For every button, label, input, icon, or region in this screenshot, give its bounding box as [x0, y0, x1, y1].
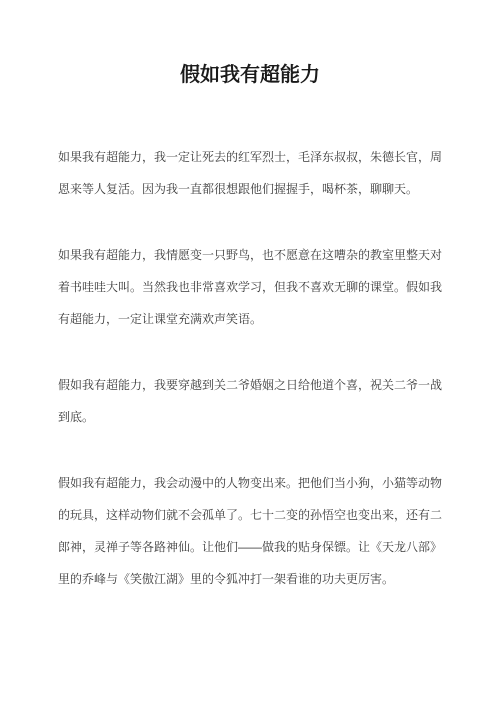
document-title: 假如我有超能力: [0, 61, 500, 89]
text-line: 的玩具，这样动物们就不会孤单了。七十二变的孙悟空也变出来，还有二: [58, 499, 442, 531]
text-line: 恩来等人复活。因为我一直都很想跟他们握握手，喝杯茶，聊聊天。: [58, 173, 442, 205]
paragraph-4: 假如我有超能力，我会动漫中的人物变出来。把他们当小狗，小猫等动物 的玩具，这样动…: [58, 467, 442, 595]
text-line: 如果我有超能力，我情愿变一只野鸟，也不愿意在这嘈杂的教室里整天对: [58, 239, 442, 271]
text-line: 着书哇哇大叫。当然我也非常喜欢学习，但我不喜欢无聊的课堂。假如我: [58, 271, 442, 303]
text-line: 假如我有超能力，我会动漫中的人物变出来。把他们当小狗，小猫等动物: [58, 467, 442, 499]
paragraph-1: 如果我有超能力，我一定让死去的红军烈士，毛泽东叔叔，朱德长官，周 恩来等人复活。…: [58, 141, 442, 205]
text-line: 郎神，灵禅子等各路神仙。让他们——做我的贴身保镖。让《天龙八部》: [58, 531, 442, 563]
document-body: 如果我有超能力，我一定让死去的红军烈士，毛泽东叔叔，朱德长官，周 恩来等人复活。…: [58, 141, 442, 595]
text-line: 到底。: [58, 401, 442, 433]
paragraph-2: 如果我有超能力，我情愿变一只野鸟，也不愿意在这嘈杂的教室里整天对 着书哇哇大叫。…: [58, 239, 442, 335]
paragraph-3: 假如我有超能力，我要穿越到关二爷婚姻之日给他道个喜，祝关二爷一战 到底。: [58, 369, 442, 433]
text-line: 假如我有超能力，我要穿越到关二爷婚姻之日给他道个喜，祝关二爷一战: [58, 369, 442, 401]
text-line: 有超能力，一定让课堂充满欢声笑语。: [58, 303, 442, 335]
document-page: 假如我有超能力 如果我有超能力，我一定让死去的红军烈士，毛泽东叔叔，朱德长官，周…: [0, 0, 500, 707]
text-line: 如果我有超能力，我一定让死去的红军烈士，毛泽东叔叔，朱德长官，周: [58, 141, 442, 173]
text-line: 里的乔峰与《笑傲江湖》里的令狐冲打一架看谁的功夫更厉害。: [58, 563, 442, 595]
